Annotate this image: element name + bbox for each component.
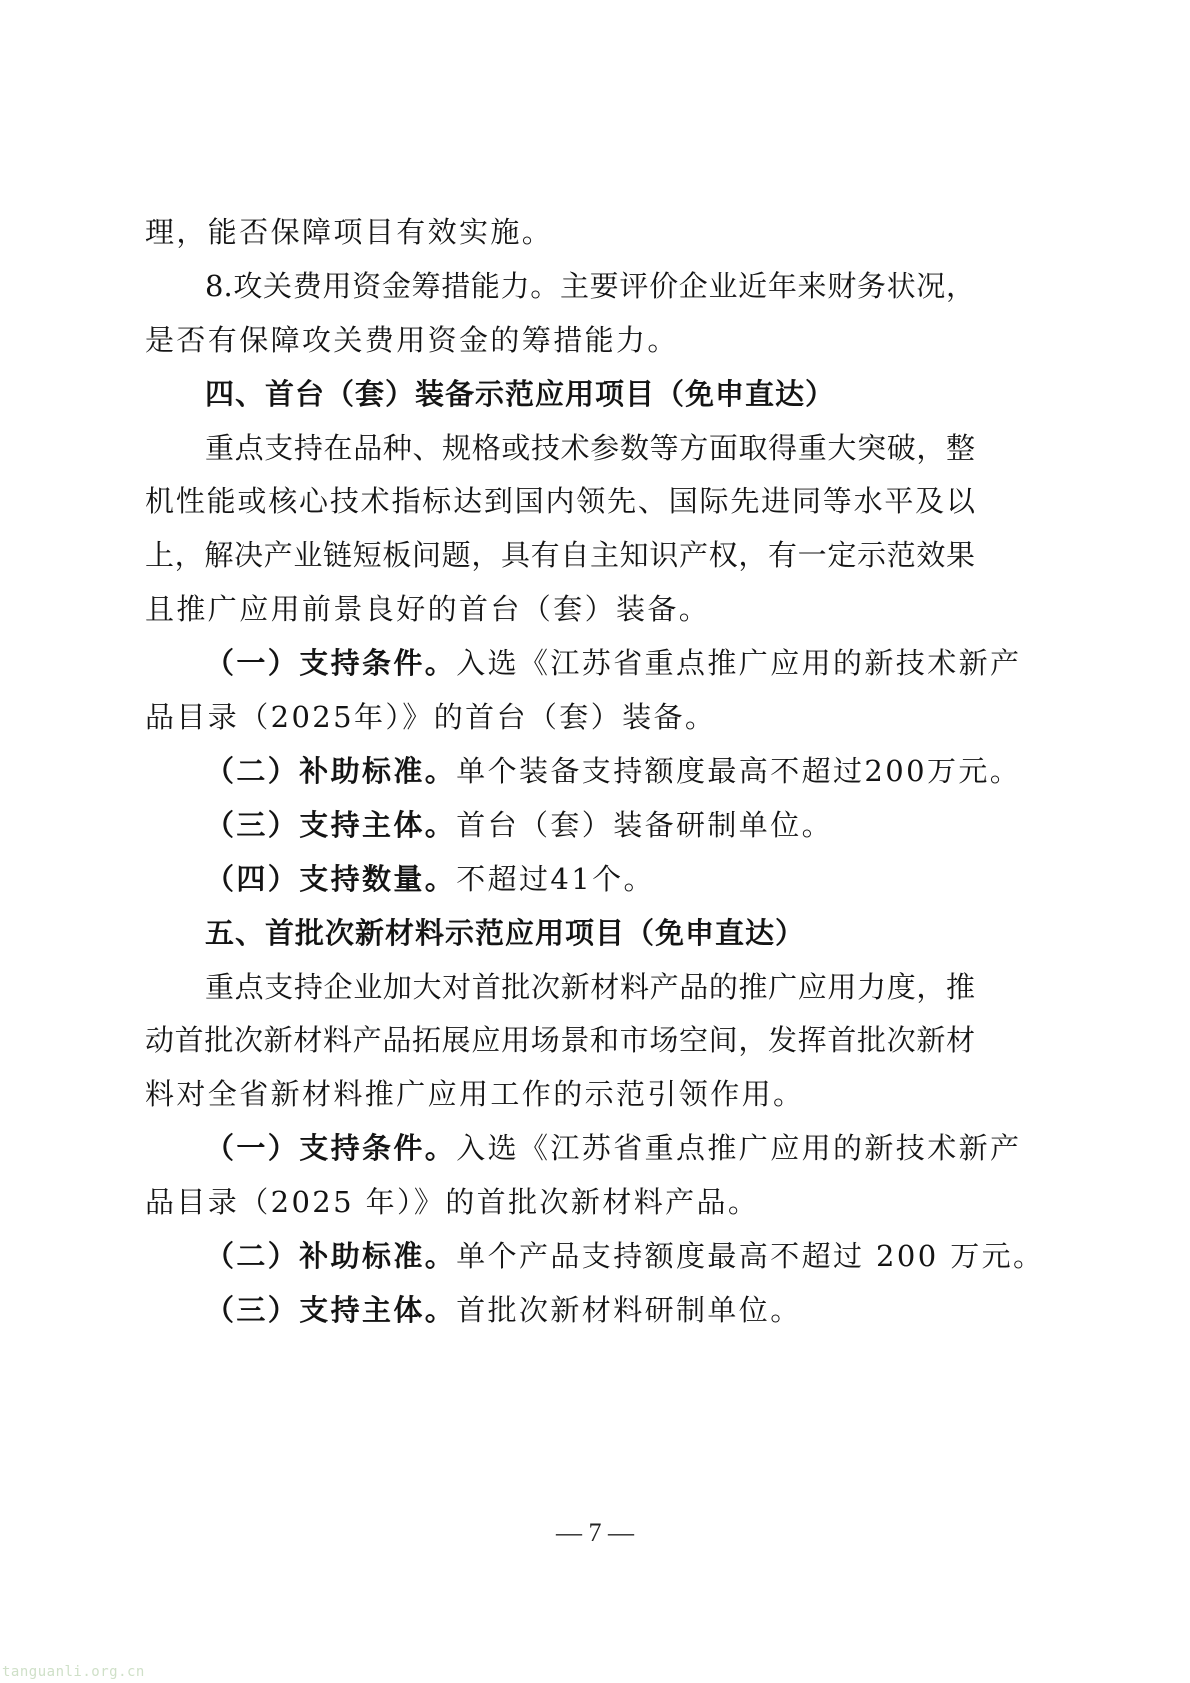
section-heading-5: 五、首批次新材料示范应用项目（免申直达） <box>205 913 1035 953</box>
paragraph-line: 是否有保障攻关费用资金的筹措能力。 <box>145 320 975 360</box>
item-lead: （三）支持主体。 <box>205 1293 456 1327</box>
item-lead: （二）补助标准。 <box>205 754 456 788</box>
item-text: 首批次新材料研制单位。 <box>456 1293 801 1327</box>
line-text: 是否有保障攻关费用资金的筹措能力。 <box>145 323 679 357</box>
item-support-conditions: （一）支持条件。入选《江苏省重点推广应用的新技术新产 <box>205 1128 1035 1168</box>
item-lead: （四）支持数量。 <box>205 862 456 896</box>
item-support-quantity: （四）支持数量。不超过41个。 <box>205 859 1035 899</box>
watermark: tanguanli.org.cn <box>2 1664 145 1680</box>
paragraph-line: 重点支持企业加大对首批次新材料产品的推广应用力度，推 <box>205 967 975 1007</box>
line-text: 重点支持在品种、规格或技术参数等方面取得重大突破，整 <box>205 431 975 465</box>
line-text: 重点支持企业加大对首批次新材料产品的推广应用力度，推 <box>205 970 975 1004</box>
line-text: 上，解决产业链短板问题，具有自主知识产权，有一定示范效果 <box>145 538 975 572</box>
line-text: 8.攻关费用资金筹措能力。主要评价企业近年来财务状况， <box>205 269 975 303</box>
paragraph-line: 品目录（2025年）》的首台（套）装备。 <box>145 697 975 737</box>
item-text: 入选《江苏省重点推广应用的新技术新产 <box>456 1131 1021 1165</box>
item-lead: （二）补助标准。 <box>205 1239 456 1273</box>
paragraph-line: 动首批次新材料产品拓展应用场景和市场空间，发挥首批次新材 <box>145 1020 975 1060</box>
document-page: 理，能否保障项目有效实施。 8.攻关费用资金筹措能力。主要评价企业近年来财务状况… <box>0 0 1190 1683</box>
item-text: 不超过41个。 <box>456 862 655 896</box>
item-text: 入选《江苏省重点推广应用的新技术新产 <box>456 646 1021 680</box>
item-text: 首台（套）装备研制单位。 <box>456 808 833 842</box>
line-text: 理，能否保障项目有效实施。 <box>145 215 553 249</box>
paragraph-line: 品目录（2025 年）》的首批次新材料产品。 <box>145 1182 975 1222</box>
paragraph-line: 重点支持在品种、规格或技术参数等方面取得重大突破，整 <box>205 428 975 468</box>
line-text: 料对全省新材料推广应用工作的示范引领作用。 <box>145 1077 804 1111</box>
item-text: 单个装备支持额度最高不超过200万元。 <box>456 754 1021 788</box>
line-text: 动首批次新材料产品拓展应用场景和市场空间，发挥首批次新材 <box>145 1023 975 1057</box>
heading-text: 五、首批次新材料示范应用项目（免申直达） <box>205 916 805 950</box>
item-lead: （一）支持条件。 <box>205 646 456 680</box>
heading-text: 四、首台（套）装备示范应用项目（免申直达） <box>205 377 835 411</box>
paragraph-line: 上，解决产业链短板问题，具有自主知识产权，有一定示范效果 <box>145 535 975 575</box>
item-lead: （一）支持条件。 <box>205 1131 456 1165</box>
line-text: 品目录（2025 年）》的首批次新材料产品。 <box>145 1185 759 1219</box>
item-support-conditions: （一）支持条件。入选《江苏省重点推广应用的新技术新产 <box>205 643 1035 683</box>
line-text: 品目录（2025年）》的首台（套）装备。 <box>145 700 716 734</box>
item-text: 单个产品支持额度最高不超过 200 万元。 <box>456 1239 1044 1273</box>
item-subsidy-standard: （二）补助标准。单个装备支持额度最高不超过200万元。 <box>205 751 1035 791</box>
paragraph-line: 且推广应用前景良好的首台（套）装备。 <box>145 589 975 629</box>
item-support-subject: （三）支持主体。首批次新材料研制单位。 <box>205 1290 1035 1330</box>
section-heading-4: 四、首台（套）装备示范应用项目（免申直达） <box>205 374 1035 414</box>
paragraph-line: 机性能或核心技术指标达到国内领先、国际先进同等水平及以 <box>145 481 975 521</box>
item-subsidy-standard: （二）补助标准。单个产品支持额度最高不超过 200 万元。 <box>205 1236 1035 1276</box>
item-lead: （三）支持主体。 <box>205 808 456 842</box>
line-text: 机性能或核心技术指标达到国内领先、国际先进同等水平及以 <box>145 484 975 518</box>
item-support-subject: （三）支持主体。首台（套）装备研制单位。 <box>205 805 1035 845</box>
page-number: — 7 — <box>0 1518 1190 1548</box>
criterion-8-line: 8.攻关费用资金筹措能力。主要评价企业近年来财务状况， <box>205 266 975 306</box>
paragraph-line: 理，能否保障项目有效实施。 <box>145 212 975 252</box>
paragraph-line: 料对全省新材料推广应用工作的示范引领作用。 <box>145 1074 975 1114</box>
line-text: 且推广应用前景良好的首台（套）装备。 <box>145 592 710 626</box>
